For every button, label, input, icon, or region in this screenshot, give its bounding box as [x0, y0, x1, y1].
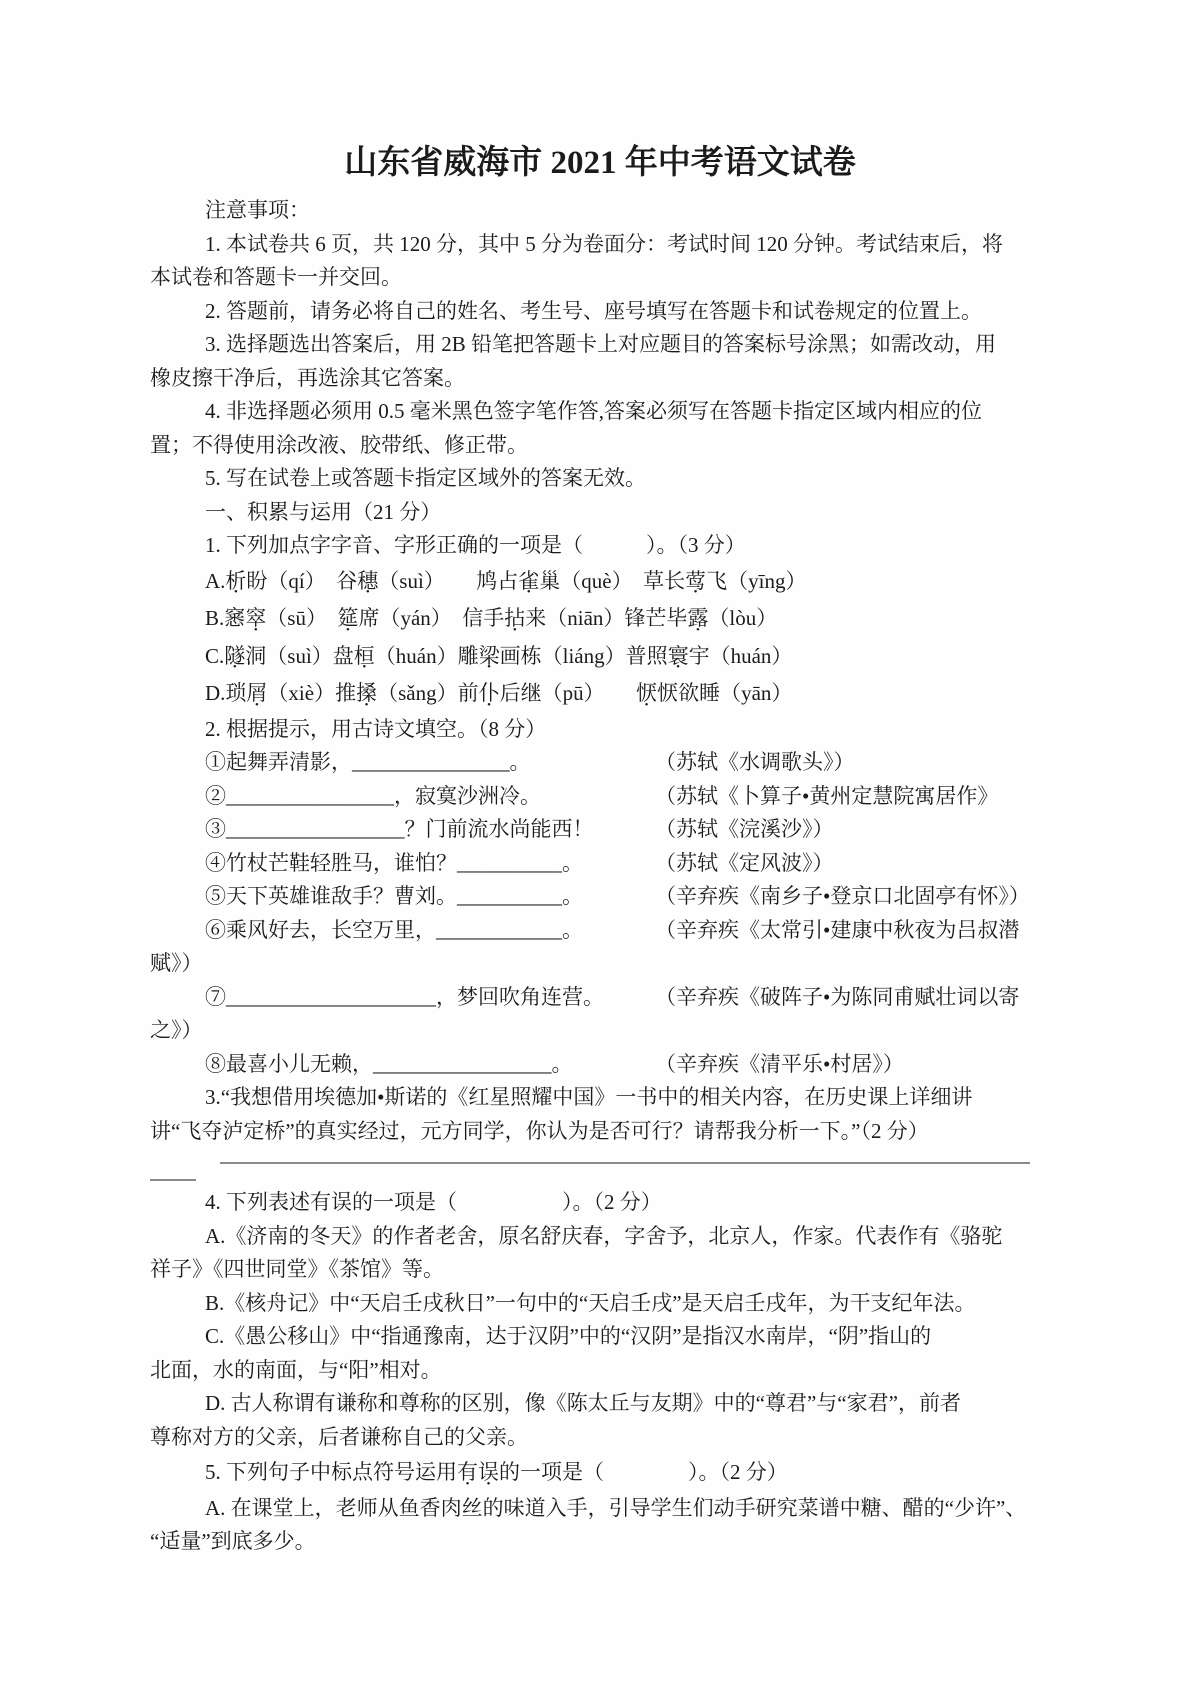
exam-text-line: 3.“我想借用埃德加•斯诺的《红星照耀中国》一书中的相关内容，在历史课上详细讲: [150, 1081, 1052, 1115]
dotted-char: 有: [457, 1460, 478, 1484]
dotted-char: 隧: [224, 644, 245, 668]
exam-page: 山东省威海市 2021 年中考语文试卷 注意事项：1. 本试卷共 6 页，共 1…: [0, 0, 1200, 1698]
dotted-char: 雀: [518, 569, 539, 593]
source-citation: （苏轼《浣溪沙》）: [655, 813, 834, 847]
source-citation: （苏轼《定风波》）: [655, 847, 834, 881]
exam-text-line: 4. 非选择题必须用 0.5 毫米黑色签字笔作答,答案必须写在答题卡指定区域内相…: [150, 395, 1052, 429]
exam-text-line: 1. 下列加点字字音、字形正确的一项是（ ）。（3 分）: [150, 529, 1052, 563]
exam-text-line: A.《济南的冬天》的作者老舍，原名舒庆春，字舍予，北京人，作家。代表作有《骆驼: [150, 1220, 1052, 1254]
exam-text-line: C.隧洞（suì）盘桓（huán）雕梁画栋（liáng）普照寰宇（huán）: [150, 638, 1052, 676]
exam-text-line: B.窸窣（sū） 筵席（yán） 信手拈来（niān）锋芒毕露（lòu）: [150, 600, 1052, 638]
dotted-char: 筵: [337, 606, 358, 630]
exam-body: 注意事项：1. 本试卷共 6 页，共 120 分，其中 5 分为卷面分：考试时间…: [150, 194, 1052, 1559]
exam-text-line: A.析盼（qí） 谷穗（suì） 鸠占雀巢（què） 草长莺飞（yīng）: [150, 563, 1052, 601]
exam-text-line: 2. 根据提示，用古诗文填空。（8 分）: [150, 713, 1052, 747]
exam-text-line: ⑤天下英雄谁敌手？曹刘。__________。（辛弃疾《南乡子•登京口北固亭有怀…: [150, 880, 1052, 914]
source-citation: （苏轼《水调歌头》）: [655, 746, 855, 780]
exam-text-line: 北面，水的南面，与“阳”相对。: [150, 1354, 1052, 1388]
exam-text-line: 置；不得使用涂改液、胶带纸、修正带。: [150, 429, 1052, 463]
dotted-char: 仆: [479, 681, 500, 705]
exam-text-line: ⑦____________________，梦回吹角连营。（辛弃疾《破阵子•为陈…: [150, 981, 1052, 1015]
exam-text-line: ④竹杖芒鞋轻胜马，谁怕？__________。（苏轼《定风波》）: [150, 847, 1052, 881]
source-citation: （辛弃疾《清平乐•村居》）: [655, 1048, 904, 1082]
source-citation: （苏轼《卜算子•黄州定慧院寓居作》: [655, 780, 998, 814]
dotted-char: 恹: [636, 681, 657, 705]
exam-text-line: 橡皮擦干净后，再选涂其它答案。: [150, 362, 1052, 396]
exam-text-line: 3. 选择题选出答案后，用 2B 铅笔把答题卡上对应题目的答案标号涂黑；如需改动…: [150, 328, 1052, 362]
exam-text-line: C.《愚公移山》中“指通豫南，达于汉阴”中的“汉阴”是指汉水南岸，“阴”指山的: [150, 1320, 1052, 1354]
exam-text-line: 之》）: [150, 1014, 1052, 1048]
exam-text-line: 尊称对方的父亲，后者谦称自己的父亲。: [150, 1421, 1052, 1455]
dotted-char: 桓: [354, 644, 375, 668]
exam-text-line: 5. 写在试卷上或答题卡指定区域外的答案无效。: [150, 462, 1052, 496]
dotted-char: 屑: [246, 681, 267, 705]
dotted-char: 穗: [357, 569, 378, 593]
exam-text-line: B.《核舟记》中“天启壬戌秋日”一句中的“天启壬戌”是天启壬戌年，为干支纪年法。: [150, 1287, 1052, 1321]
source-citation: （辛弃疾《破阵子•为陈同甫赋壮词以寄: [655, 981, 1019, 1015]
exam-text-line: 祥子》《四世同堂》《茶馆》等。: [150, 1253, 1052, 1287]
exam-text-line: 一、积累与运用（21 分）: [150, 496, 1052, 530]
dotted-char: 搡: [356, 681, 377, 705]
dotted-char: 梁: [479, 644, 500, 668]
exam-text-line: ①起舞弄清影，_______________。（苏轼《水调歌头》）: [150, 746, 1052, 780]
dotted-char: 析: [225, 569, 246, 593]
exam-text-line: 本试卷和答题卡一并交回。: [150, 261, 1052, 295]
exam-text-line: D.琐屑（xiè）推搡（sǎng）前仆后继（pū） 恹恹欲睡（yān）: [150, 675, 1052, 713]
exam-text-line: D. 古人称谓有谦称和尊称的区别，像《陈太丘与友期》中的“尊君”与“家君”，前者: [150, 1387, 1052, 1421]
exam-title: 山东省威海市 2021 年中考语文试卷: [0, 136, 1200, 183]
exam-text-line: ⑥乘风好去，长空万里，____________。（辛弃疾《太常引•建康中秋夜为吕…: [150, 914, 1052, 948]
exam-text-line: 1. 本试卷共 6 页，共 120 分，其中 5 分为卷面分：考试时间 120 …: [150, 228, 1052, 262]
exam-text-line: 讲“飞夺泸定桥”的真实经过，元方同学，你认为是否可行？请帮我分析一下。”（2 分…: [150, 1115, 1052, 1149]
source-citation: （辛弃疾《南乡子•登京口北固亭有怀》）: [655, 880, 1030, 914]
exam-text-line: 4. 下列表述有误的一项是（ ）。（2 分）: [150, 1186, 1052, 1220]
dotted-char: 露: [687, 606, 708, 630]
dotted-char: 寰: [668, 644, 689, 668]
dotted-char: 拈: [504, 606, 525, 630]
exam-text-line: 赋》）: [150, 947, 1052, 981]
exam-text-line: 注意事项：: [150, 194, 1052, 228]
answer-underline: [220, 1162, 1030, 1164]
dotted-char: 莺: [685, 569, 706, 593]
source-citation: （辛弃疾《太常引•建康中秋夜为吕叔潜: [655, 914, 1019, 948]
exam-text-line: ②________________，寂寞沙洲冷。（苏轼《卜算子•黄州定慧院寓居作…: [150, 780, 1052, 814]
answer-underline: [150, 1179, 196, 1181]
exam-text-line: ③_________________？门前流水尚能西！（苏轼《浣溪沙》）: [150, 813, 1052, 847]
dotted-char: 窣: [245, 606, 266, 630]
exam-text-line: 2. 答题前，请务必将自己的姓名、考生号、座号填写在答题卡和试卷规定的位置上。: [150, 295, 1052, 329]
dotted-char: 误: [478, 1460, 499, 1484]
exam-text-line: “适量”到底多少。: [150, 1525, 1052, 1559]
exam-text-line: ⑧最喜小儿无赖，_________________。（辛弃疾《清平乐•村居》）: [150, 1048, 1052, 1082]
exam-text-line: 5. 下列句子中标点符号运用有误的一项是（ ）。（2 分）: [150, 1454, 1052, 1492]
exam-text-line: A. 在课堂上，老师从鱼香肉丝的味道入手，引导学生们动手研究菜谱中糖、醋的“少许…: [150, 1492, 1052, 1526]
